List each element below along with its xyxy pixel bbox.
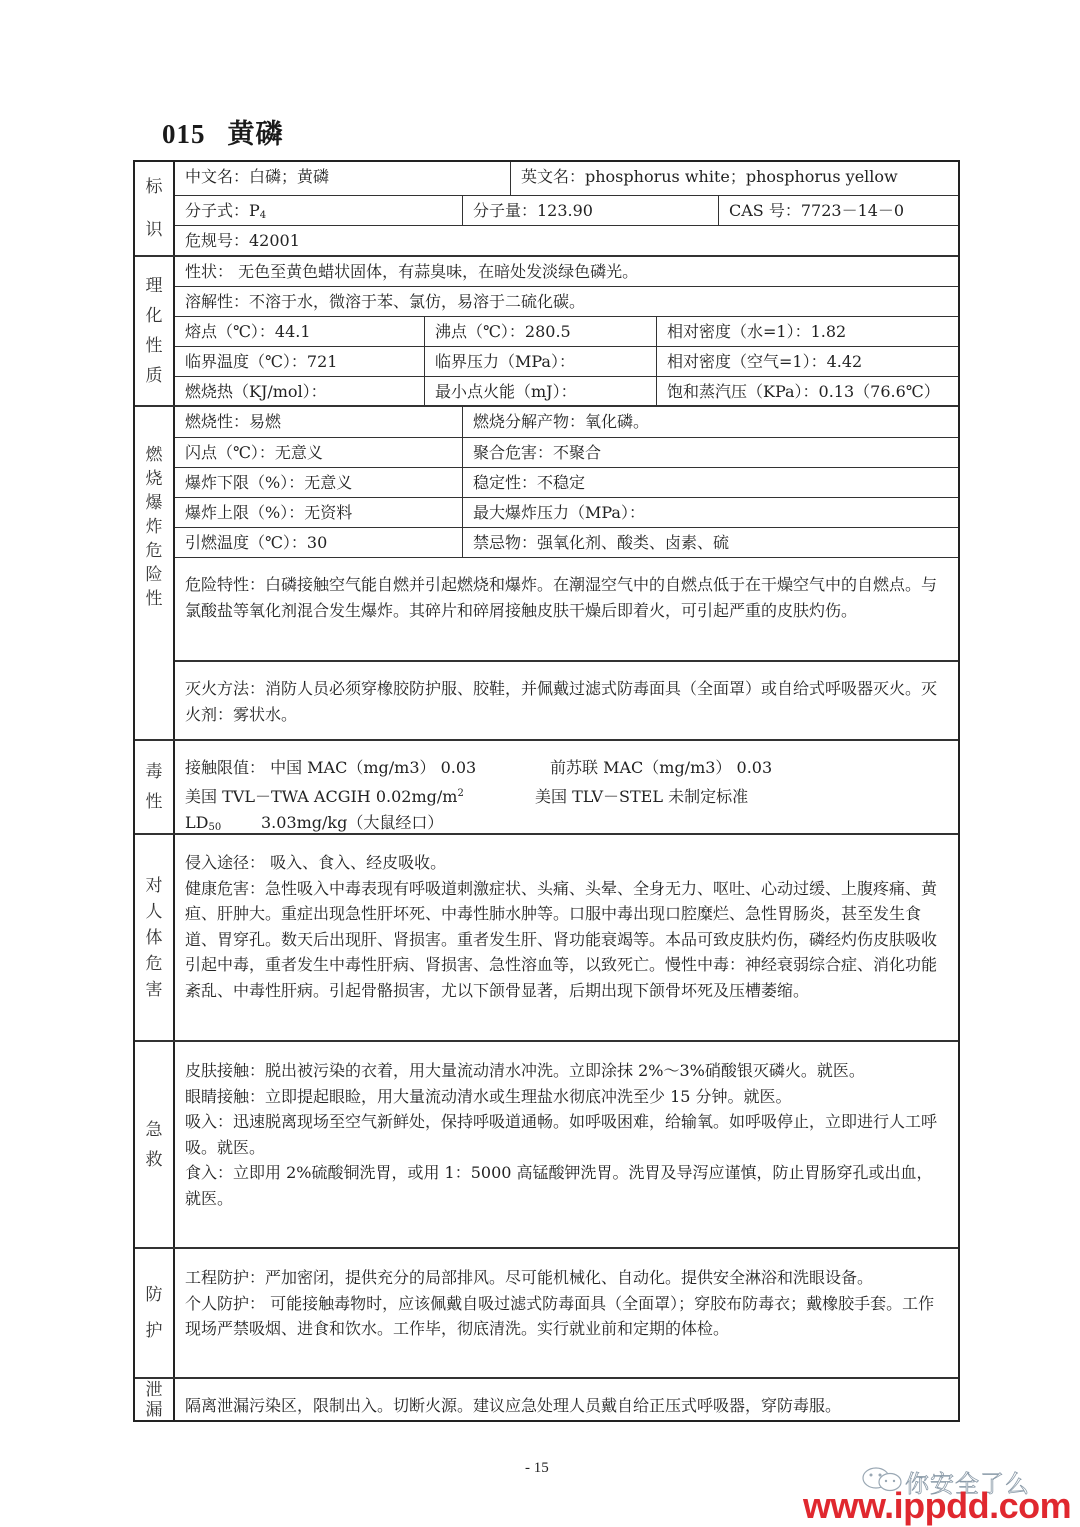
relative-density-water: 相对密度（水=1）：1.82 [656, 317, 958, 346]
stability: 稳定性：不稳定 [462, 468, 958, 497]
first-aid-ingestion: 食入：立即用 2%硫酸铜洗胃，或用 1：5000 高锰酸钾洗胃。洗胃及导泻应谨慎… [185, 1160, 948, 1211]
leakage-text: 隔离泄漏污染区，限制出入。切断火源。建议应急处理人员戴自给正压式呼吸器，穿防毒服… [175, 1393, 958, 1419]
watermark-url: www.ippdd.com [803, 1488, 1071, 1524]
chemical-number: 015 [162, 119, 206, 149]
section-toxicity: 毒 性 接触限值： 中国 MAC（mg/m3） 0.03前苏联 MAC（mg/m… [135, 739, 958, 833]
section-label-leakage: 泄 漏 [135, 1379, 175, 1420]
appearance: 性状： 无色至黄色蜡状固体，有蒜臭味，在暗处发淡绿色磷光。 [175, 257, 958, 286]
melting-point: 熔点（℃）：44.1 [175, 317, 424, 346]
personal-protection: 个人防护： 可能接触毒物时，应该佩戴自吸过滤式防毒面具（全面罩）；穿胶布防毒衣；… [185, 1291, 948, 1342]
section-leakage: 泄 漏 隔离泄漏污染区，限制出入。切断火源。建议应急处理人员戴自给正压式呼吸器，… [135, 1377, 958, 1420]
ignition-temperature: 引燃温度（℃）：30 [175, 528, 462, 557]
protection-text: 工程防护：严加密闭，提供充分的局部排风。尽可能机械化、自动化。提供安全淋浴和洗眼… [175, 1265, 958, 1342]
molecular-weight: 分子量：123.90 [462, 196, 718, 225]
first-aid-eye: 眼睛接触：立即提起眼睑，用大量流动清水或生理盐水彻底冲洗至少 15 分钟。就医。 [185, 1084, 948, 1110]
extinguishing-method: 灭火方法：消防人员必须穿橡胶防护服、胶鞋，并佩戴过滤式防毒面具（全面罩）或自给式… [175, 676, 958, 727]
saturated-vapor-pressure: 饱和蒸汽压（KPa）：0.13（76.6℃） [656, 377, 958, 406]
minimum-ignition-energy: 最小点火能（mJ）： [424, 377, 656, 406]
health-hazards: 健康危害：急性吸入中毒表现有呼吸道刺激症状、头痛、头晕、全身无力、呕吐、心动过缓… [185, 876, 948, 1004]
english-name: 英文名：phosphorus white；phosphorus yellow [510, 162, 958, 195]
toxicity-limits: 接触限值： 中国 MAC（mg/m3） 0.03前苏联 MAC（mg/m3） 0… [175, 755, 958, 841]
flammability: 燃烧性：易燃 [175, 407, 462, 437]
heat-of-combustion: 燃烧热（KJ/mol）： [175, 377, 424, 406]
hazard-characteristics: 危险特性：白磷接触空气能自燃并引起燃烧和爆炸。在潮湿空气中的自燃点低于在干燥空气… [175, 572, 958, 623]
section-label-physical-chemical: 理 化 性 质 [135, 257, 175, 405]
chemical-title: 黄磷 [228, 119, 284, 150]
msds-table: 标 识 中文名：白磷；黄磷 英文名：phosphorus white；phosp… [133, 160, 960, 1422]
relative-density-air: 相对密度（空气=1）：4.42 [656, 347, 958, 376]
section-protection: 防 护 工程防护：严加密闭，提供充分的局部排风。尽可能机械化、自动化。提供安全淋… [135, 1247, 958, 1377]
polymerization-hazard: 聚合危害：不聚合 [462, 438, 958, 467]
page-number: - 15 [525, 1460, 549, 1477]
critical-pressure: 临界压力（MPa）： [424, 347, 656, 376]
critical-temperature: 临界温度（℃）：721 [175, 347, 424, 376]
section-label-toxicity: 毒 性 [135, 741, 175, 833]
combustion-products: 燃烧分解产物：氧化磷。 [462, 407, 958, 437]
section-label-first-aid: 急 救 [135, 1042, 175, 1247]
extinguishing-block: 灭火方法：消防人员必须穿橡胶防护服、胶鞋，并佩戴过滤式防毒面具（全面罩）或自给式… [175, 660, 958, 739]
solubility: 溶解性：不溶于水，微溶于苯、氯仿，易溶于二硫化碳。 [175, 287, 958, 316]
section-label-protection: 防 护 [135, 1249, 175, 1377]
upper-explosive-limit: 爆炸上限（%）：无资料 [175, 498, 462, 527]
first-aid-inhalation: 吸入：迅速脱离现场至空气新鲜处，保持呼吸道通畅。如呼吸困难，给输氧。如呼吸停止，… [185, 1109, 948, 1160]
boiling-point: 沸点（℃）：280.5 [424, 317, 656, 346]
cas-number: CAS 号：7723－14－0 [718, 196, 958, 225]
max-explosion-pressure: 最大爆炸压力（MPa）： [462, 498, 958, 527]
section-health-hazard: 对 人 体 危 害 侵入途径： 吸入、食入、经皮吸收。 健康危害：急性吸入中毒表… [135, 833, 958, 1040]
page-title: 015黄磷 [162, 112, 284, 151]
hazard-number: 危规号：42001 [175, 226, 958, 255]
hazard-characteristics-block: 危险特性：白磷接触空气能自燃并引起燃烧和爆炸。在潮湿空气中的自燃点低于在干燥空气… [175, 557, 958, 660]
molecular-formula: 分子式：P4 [175, 196, 462, 225]
first-aid-skin: 皮肤接触：脱出被污染的衣着，用大量流动清水冲洗。立即涂抹 2%～3%硝酸银灭磷火… [185, 1058, 948, 1084]
section-identification: 标 识 中文名：白磷；黄磷 英文名：phosphorus white；phosp… [135, 162, 958, 255]
section-physical-chemical: 理 化 性 质 性状： 无色至黄色蜡状固体，有蒜臭味，在暗处发淡绿色磷光。 溶解… [135, 255, 958, 405]
section-label-identification: 标 识 [135, 162, 175, 255]
engineering-protection: 工程防护：严加密闭，提供充分的局部排风。尽可能机械化、自动化。提供安全淋浴和洗眼… [185, 1265, 948, 1291]
incompatible-materials: 禁忌物：强氧化剂、酸类、卤素、硫 [462, 528, 958, 557]
route-of-entry: 侵入途径： 吸入、食入、经皮吸收。 [185, 850, 948, 876]
chinese-name: 中文名：白磷；黄磷 [175, 162, 510, 195]
section-fire-explosion: 燃 烧 爆 炸 危 险 性 燃烧性：易燃 燃烧分解产物：氧化磷。 闪点（℃）：无… [135, 405, 958, 739]
flash-point: 闪点（℃）：无意义 [175, 438, 462, 467]
ld50-value: 3.03mg/kg（大鼠经口） [261, 813, 443, 832]
section-first-aid: 急 救 皮肤接触：脱出被污染的衣着，用大量流动清水冲洗。立即涂抹 2%～3%硝酸… [135, 1040, 958, 1247]
section-label-health-hazard: 对 人 体 危 害 [135, 835, 175, 1040]
health-hazard-text: 侵入途径： 吸入、食入、经皮吸收。 健康危害：急性吸入中毒表现有呼吸道刺激症状、… [175, 850, 958, 1003]
lower-explosive-limit: 爆炸下限（%）：无意义 [175, 468, 462, 497]
section-label-fire-explosion: 燃 烧 爆 炸 危 险 性 [135, 407, 175, 739]
first-aid-text: 皮肤接触：脱出被污染的衣着，用大量流动清水冲洗。立即涂抹 2%～3%硝酸银灭磷火… [175, 1058, 958, 1211]
